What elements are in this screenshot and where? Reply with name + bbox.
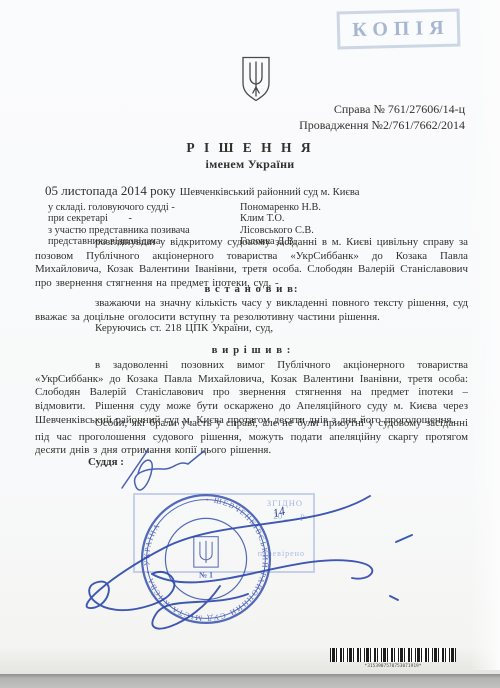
heading-decided: в и р і ш и в : [35, 344, 468, 356]
ukraine-trident-icon [240, 56, 272, 102]
decision-subtitle: іменем України [0, 157, 500, 172]
decision-title: Р І Ш Е Н Н Я [0, 140, 500, 156]
role-row-judge: у складі. головуючого судді -Пономаренко… [48, 202, 467, 213]
role-label: при секретарі - [48, 213, 240, 224]
barcode-number: *3153907570753071919* [346, 663, 441, 668]
official-signature [52, 490, 427, 630]
role-name: Пономаренко Н.В. [240, 202, 321, 213]
role-label: у складі. головуючого судді - [48, 202, 240, 213]
paragraph-appeal-absent-parties: Особи, які брали участь у справі, але не… [35, 417, 468, 458]
barcode [330, 648, 456, 662]
court-decision-document: КОПІЯ Справа № 761/27606/14-ц Провадженн… [0, 0, 500, 688]
role-row-secretary: при секретарі -Клим Т.О. [48, 213, 467, 224]
decision-date: 05 листопада 2014 року [45, 183, 176, 198]
role-name: Клим Т.О. [240, 213, 284, 224]
scan-right-edge [470, 0, 500, 672]
paragraph-legal-basis: Керуючись ст. 218 ЦПК України, суд, [35, 322, 468, 336]
scan-band [0, 674, 500, 688]
court-name: Шевченківський районний суд м. Києва [180, 187, 360, 198]
role-name: Лісовського С.В. [240, 225, 314, 236]
role-row-plaintiff-representative: з участю представника позивачаЛісовськог… [48, 225, 467, 236]
heading-established: в с т а н о в и в: [35, 283, 468, 295]
paragraph-case-summary: розглянувши у відкритому судовому засіда… [35, 236, 468, 290]
case-number: Справа № 761/27606/14-ц [299, 101, 465, 117]
copy-stamp: КОПІЯ [337, 9, 461, 50]
proceeding-number: Провадження №2/761/7662/2014 [299, 117, 465, 133]
paragraph-reasoning: зважаючи на значну кількість часу у викл… [35, 297, 468, 324]
role-label: з участю представника позивача [48, 225, 240, 236]
